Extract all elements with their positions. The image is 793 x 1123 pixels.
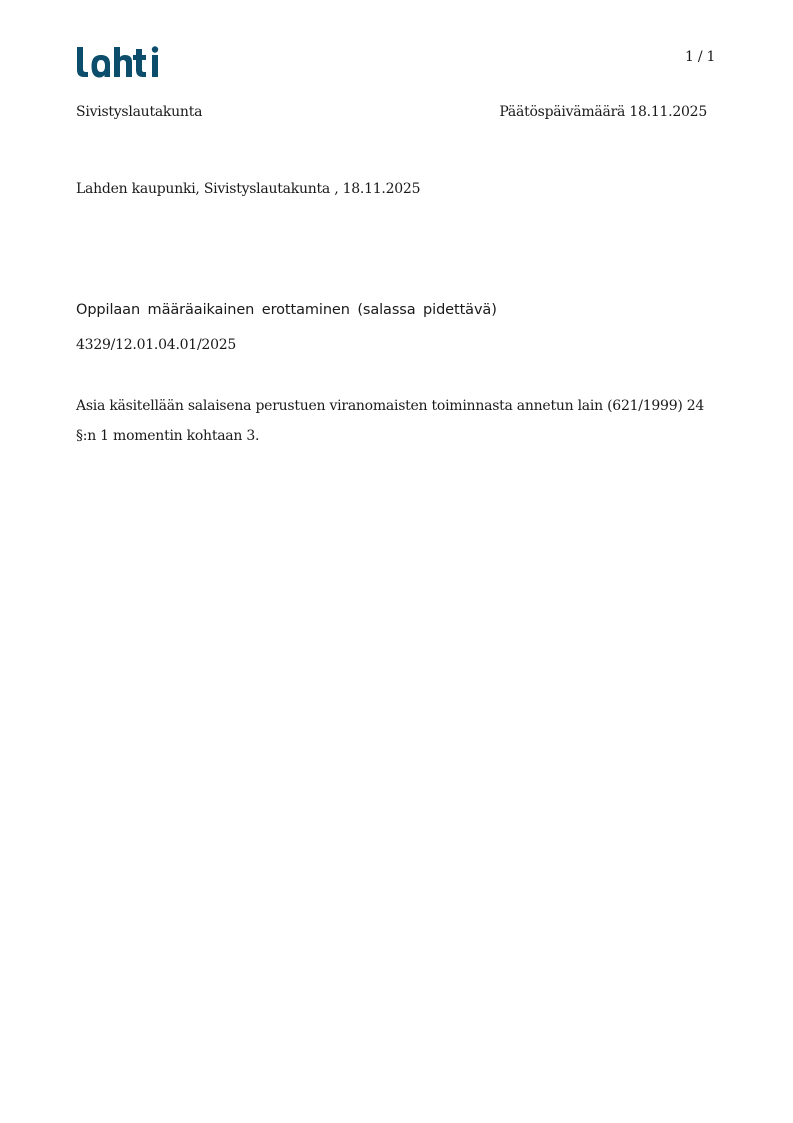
page-number: 1 / 1 (685, 49, 715, 65)
case-number: 4329/12.01.04.01/2025 (76, 337, 236, 353)
body-line-1: Asia käsitellään salaisena perustuen vir… (76, 391, 716, 421)
meeting-line: Lahden kaupunki, Sivistyslautakunta , 18… (76, 181, 420, 197)
lahti-logo-icon (75, 44, 167, 78)
lahti-logo (75, 44, 167, 85)
header-decision-date: Päätöspäivämäärä 18.11.2025 (499, 104, 707, 120)
body-paragraph: Asia käsitellään salaisena perustuen vir… (76, 391, 716, 451)
matter-title: Oppilaan määräaikainen erottaminen (sala… (76, 302, 497, 318)
body-line-2: §:n 1 momentin kohtaan 3. (76, 421, 716, 451)
header-organization: Sivistyslautakunta (76, 104, 202, 120)
